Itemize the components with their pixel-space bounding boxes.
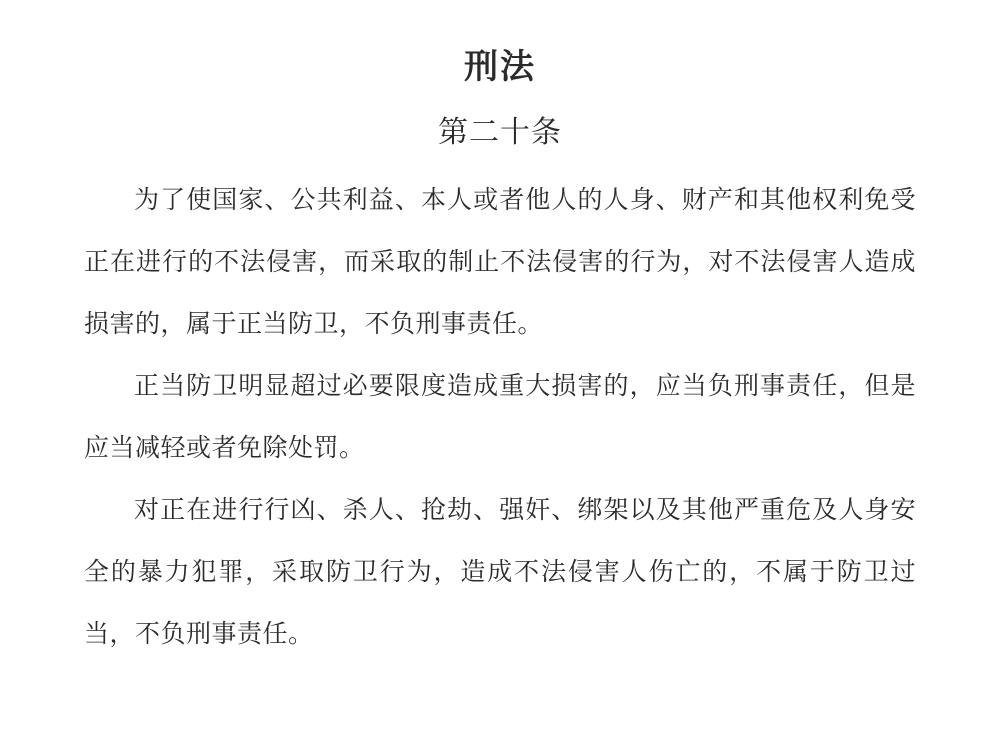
paragraph-1: 为了使国家、公共利益、本人或者他人的人身、财产和其他权利免受正在进行的不法侵害，…: [84, 169, 916, 355]
paragraph-2: 正当防卫明显超过必要限度造成重大损害的，应当负刑事责任，但是应当减轻或者免除处罚…: [84, 355, 916, 479]
document-body: 为了使国家、公共利益、本人或者他人的人身、财产和其他权利免受正在进行的不法侵害，…: [84, 169, 916, 665]
document-title: 刑法: [84, 46, 916, 89]
document-page: 刑法 第二十条 为了使国家、公共利益、本人或者他人的人身、财产和其他权利免受正在…: [0, 0, 1000, 735]
paragraph-3: 对正在进行行凶、杀人、抢劫、强奸、绑架以及其他严重危及人身安全的暴力犯罪，采取防…: [84, 479, 916, 665]
document-subtitle: 第二十条: [84, 115, 916, 151]
